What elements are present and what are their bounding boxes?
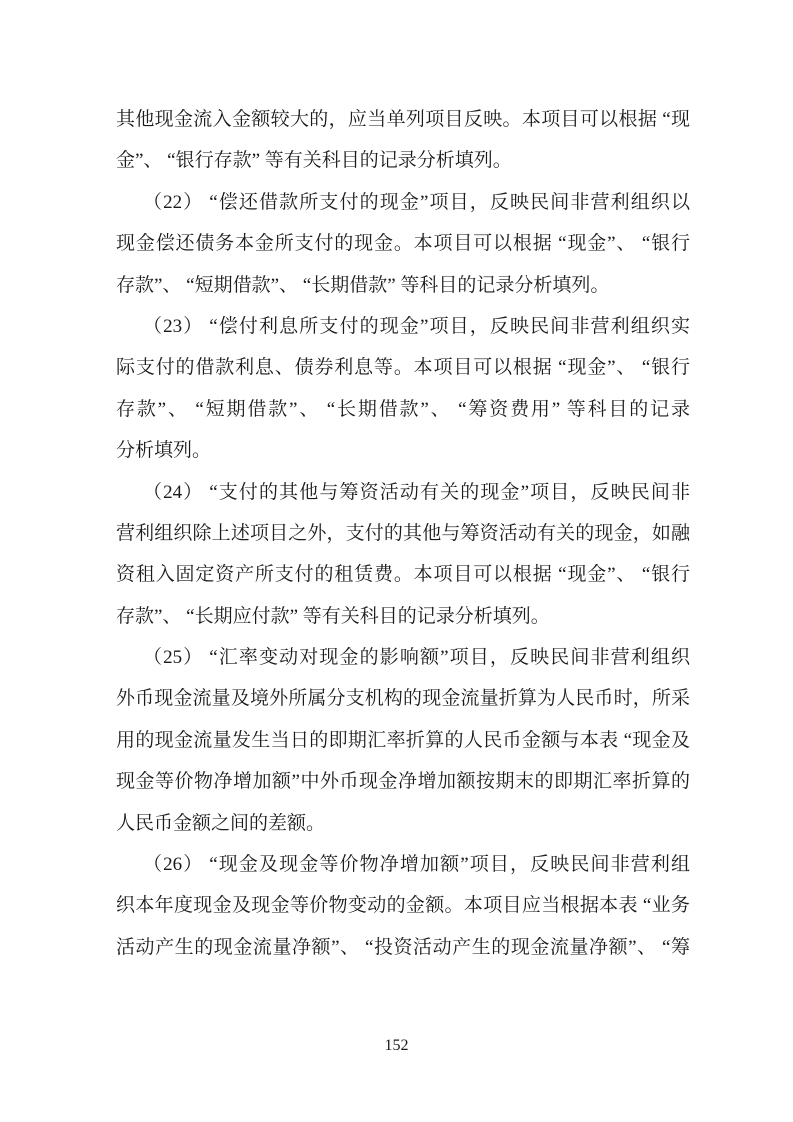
text-line: （22） “偿还借款所支付的现金”项目，反映民间非营利组织以 — [116, 182, 690, 223]
text-line: 金”、 “银行存款” 等有关科目的记录分析填列。 — [116, 140, 690, 181]
page-number: 152 — [0, 1036, 793, 1056]
text-line: 现金等价物净增加额”中外币现金净增加额按期末的即期汇率折算的 — [116, 761, 690, 802]
text-line: 人民币金额之间的差额。 — [116, 803, 690, 844]
text-line: （23） “偿付利息所支付的现金”项目，反映民间非营利组织实 — [116, 306, 690, 347]
text-line: 存款”、 “长期应付款” 等有关科目的记录分析填列。 — [116, 596, 690, 637]
text-line: （25） “汇率变动对现金的影响额”项目，反映民间非营利组织 — [116, 637, 690, 678]
text-block: 其他现金流入金额较大的，应当单列项目反映。本项目可以根据 “现金”、 “银行存款… — [116, 99, 690, 968]
text-line: 其他现金流入金额较大的，应当单列项目反映。本项目可以根据 “现 — [116, 99, 690, 140]
text-line: 织本年度现金及现金等价物变动的金额。本项目应当根据本表 “业务 — [116, 885, 690, 926]
text-line: （26） “现金及现金等价物净增加额”项目，反映民间非营利组 — [116, 844, 690, 885]
text-line: 分析填列。 — [116, 430, 690, 471]
text-line: 存款”、 “短期借款”、 “长期借款” 等科目的记录分析填列。 — [116, 265, 690, 306]
text-line: 用的现金流量发生当日的即期汇率折算的人民币金额与本表 “现金及 — [116, 720, 690, 761]
text-line: 现金偿还债务本金所支付的现金。本项目可以根据 “现金”、 “银行 — [116, 223, 690, 264]
text-line: 资租入固定资产所支付的租赁费。本项目可以根据 “现金”、 “银行 — [116, 554, 690, 595]
text-line: 外币现金流量及境外所属分支机构的现金流量折算为人民币时，所采 — [116, 678, 690, 719]
text-line: 存款”、 “短期借款”、 “长期借款”、 “筹资费用” 等科目的记录 — [116, 389, 690, 430]
text-line: 活动产生的现金流量净额”、 “投资活动产生的现金流量净额”、 “筹 — [116, 927, 690, 968]
text-line: （24） “支付的其他与筹资活动有关的现金”项目，反映民间非 — [116, 472, 690, 513]
document-page: 其他现金流入金额较大的，应当单列项目反映。本项目可以根据 “现金”、 “银行存款… — [0, 0, 793, 1122]
text-line: 际支付的借款利息、债券利息等。本项目可以根据 “现金”、 “银行 — [116, 347, 690, 388]
text-line: 营利组织除上述项目之外，支付的其他与筹资活动有关的现金，如融 — [116, 513, 690, 554]
